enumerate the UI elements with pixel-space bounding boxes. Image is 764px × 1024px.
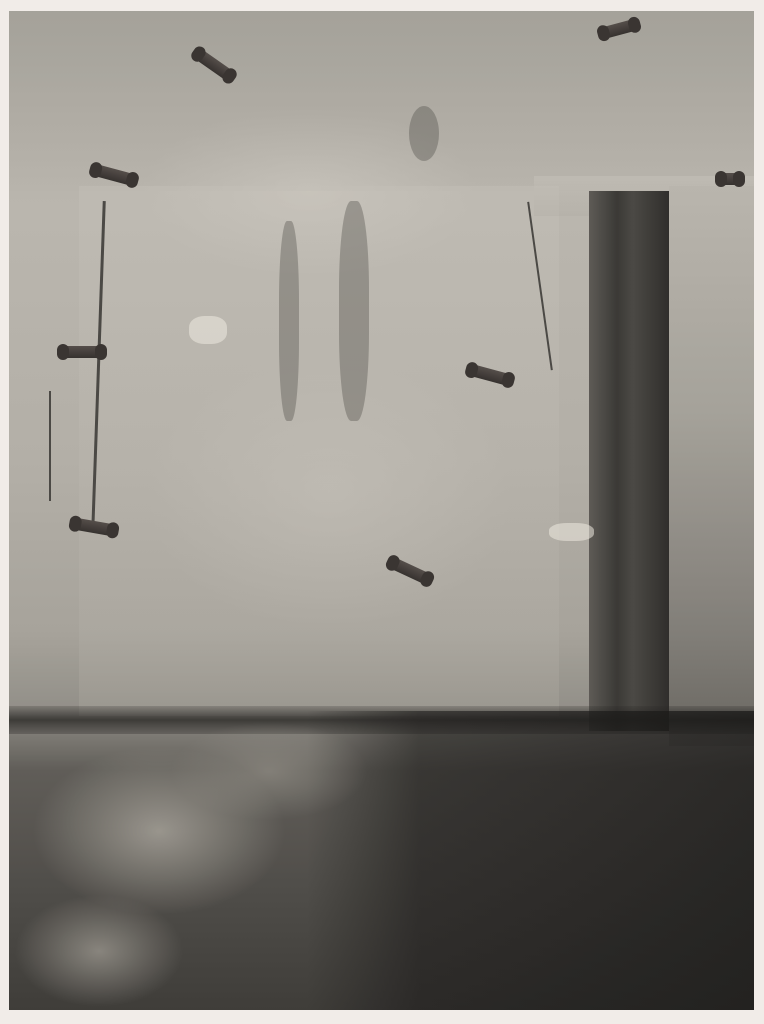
doorway-jamb [589,191,669,731]
iron-peg [59,346,105,358]
plaster-highlight [189,316,227,344]
damaged-dado [9,711,754,1010]
fresco-panel [79,186,559,716]
iron-peg [717,173,743,185]
wall-crack [49,391,51,501]
stain [409,106,439,161]
upper-wall-zone [9,11,754,191]
adjacent-wall [669,186,754,746]
fresco-figure-trace [339,201,369,421]
wall-photograph [9,11,754,1010]
plaster-highlight [549,523,594,541]
fresco-figure-trace [279,221,299,421]
